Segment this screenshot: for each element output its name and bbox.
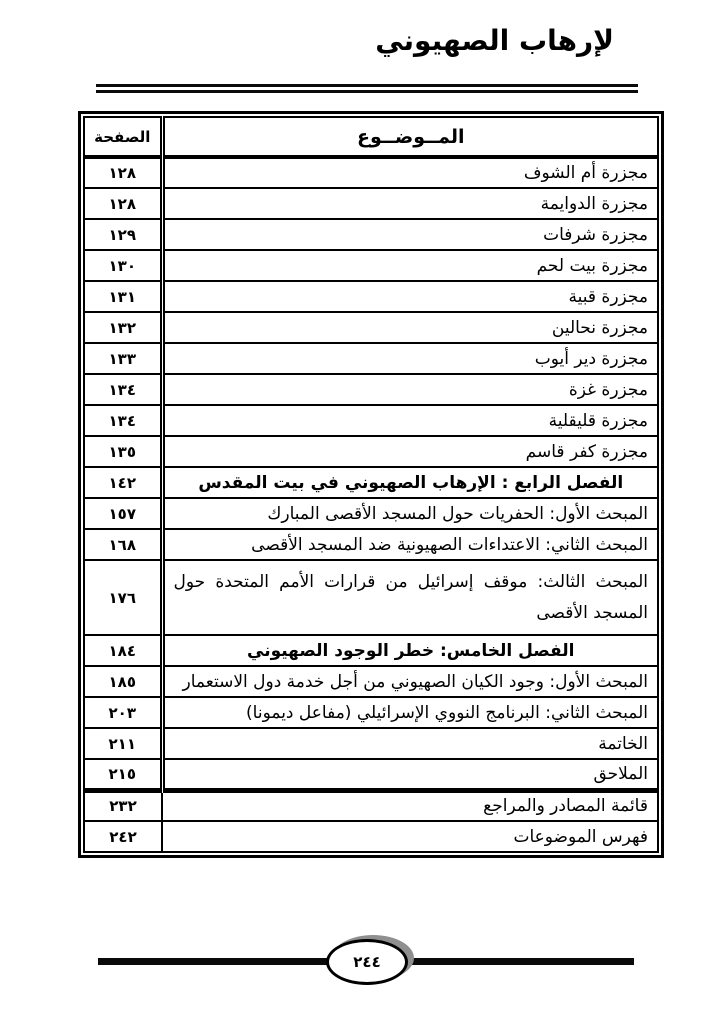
topic-cell: المبحث الأول: وجود الكيان الصهيوني من أج… — [162, 666, 658, 697]
topic-cell: الملاحق — [162, 759, 658, 790]
book-page: لإرهاب الصهيوني المــوضــوع الصفحة مجزرة… — [0, 0, 724, 1024]
page-number-cell: ١٦٨ — [84, 529, 162, 560]
toc-row: مجزرة شرفات ١٢٩ — [84, 219, 658, 250]
toc-row: مجزرة دير أيوب ١٣٣ — [84, 343, 658, 374]
toc-table-frame: المــوضــوع الصفحة مجزرة أم الشوف ١٢٨ مج… — [78, 111, 664, 858]
toc-row: مجزرة بيت لحم ١٣٠ — [84, 250, 658, 281]
page-number-cell: ١٢٨ — [84, 188, 162, 219]
toc-row: مجزرة قبية ١٣١ — [84, 281, 658, 312]
toc-table: المــوضــوع الصفحة مجزرة أم الشوف ١٢٨ مج… — [83, 116, 659, 853]
footer-page-number: ٢٤٤ — [353, 953, 380, 971]
running-head-title: لإرهاب الصهيوني — [375, 24, 614, 57]
toc-row: قائمة المصادر والمراجع ٢٣٢ — [84, 790, 658, 821]
topic-cell: مجزرة شرفات — [162, 219, 658, 250]
topic-cell: المبحث الثاني: الاعتداءات الصهيونية ضد ا… — [162, 529, 658, 560]
topic-cell: قائمة المصادر والمراجع — [162, 790, 658, 821]
page-number-cell: ٢١١ — [84, 728, 162, 759]
topic-cell: مجزرة قليقلية — [162, 405, 658, 436]
topic-cell: مجزرة قبية — [162, 281, 658, 312]
page-number-cell: ١٢٩ — [84, 219, 162, 250]
topic-cell: مجزرة نحالين — [162, 312, 658, 343]
topic-cell: مجزرة غزة — [162, 374, 658, 405]
topic-cell: الفصل الخامس: خطر الوجود الصهيوني — [162, 635, 658, 666]
page-number-cell: ١٨٤ — [84, 635, 162, 666]
topic-cell: الفصل الرابع : الإرهاب الصهيوني في بيت ا… — [162, 467, 658, 498]
toc-row: المبحث الثالث: موقف إسرائيل من قرارات ال… — [84, 560, 658, 635]
page-number-cell: ٢١٥ — [84, 759, 162, 790]
page-number-cell: ١٣٥ — [84, 436, 162, 467]
topic-cell: المبحث الثاني: البرنامج النووي الإسرائيل… — [162, 697, 658, 728]
footer-page-number-ornament: ٢٤٤ — [326, 939, 408, 985]
page-number-cell: ١٢٨ — [84, 157, 162, 188]
topic-cell: فهرس الموضوعات — [162, 821, 658, 852]
toc-row: مجزرة أم الشوف ١٢٨ — [84, 157, 658, 188]
page-number-cell: ١٣٢ — [84, 312, 162, 343]
topic-cell: مجزرة أم الشوف — [162, 157, 658, 188]
toc-row: المبحث الثاني: الاعتداءات الصهيونية ضد ا… — [84, 529, 658, 560]
page-number-cell: ١٤٢ — [84, 467, 162, 498]
toc-row-chapter: الفصل الرابع : الإرهاب الصهيوني في بيت ا… — [84, 467, 658, 498]
toc-row-chapter: الفصل الخامس: خطر الوجود الصهيوني ١٨٤ — [84, 635, 658, 666]
toc-header-row: المــوضــوع الصفحة — [84, 117, 658, 157]
toc-row: المبحث الأول: وجود الكيان الصهيوني من أج… — [84, 666, 658, 697]
page-number-cell: ١٣٣ — [84, 343, 162, 374]
page-number-cell: ١٣٤ — [84, 374, 162, 405]
toc-row: المبحث الثاني: البرنامج النووي الإسرائيل… — [84, 697, 658, 728]
toc-row: مجزرة الدوايمة ١٢٨ — [84, 188, 658, 219]
toc-row: مجزرة قليقلية ١٣٤ — [84, 405, 658, 436]
page-number-cell: ١٧٦ — [84, 560, 162, 635]
toc-row: المبحث الأول: الحفريات حول المسجد الأقصى… — [84, 498, 658, 529]
toc-row: مجزرة كفر قاسم ١٣٥ — [84, 436, 658, 467]
toc-row: فهرس الموضوعات ٢٤٢ — [84, 821, 658, 852]
topic-cell: الخاتمة — [162, 728, 658, 759]
topic-cell: المبحث الثالث: موقف إسرائيل من قرارات ال… — [162, 560, 658, 635]
page-column-header: الصفحة — [84, 117, 162, 157]
page-number-cell: ١٣٠ — [84, 250, 162, 281]
page-number-cell: ١٣١ — [84, 281, 162, 312]
page-number-cell: ٢٠٣ — [84, 697, 162, 728]
page-number-cell: ١٣٤ — [84, 405, 162, 436]
page-number-cell: ٢٣٢ — [84, 790, 162, 821]
header-double-rule — [96, 84, 638, 93]
topic-cell: مجزرة كفر قاسم — [162, 436, 658, 467]
toc-row: مجزرة غزة ١٣٤ — [84, 374, 658, 405]
toc-row: الخاتمة ٢١١ — [84, 728, 658, 759]
topic-cell: مجزرة الدوايمة — [162, 188, 658, 219]
toc-row: مجزرة نحالين ١٣٢ — [84, 312, 658, 343]
topic-cell: مجزرة دير أيوب — [162, 343, 658, 374]
page-number-cell: ١٥٧ — [84, 498, 162, 529]
toc-body-main: مجزرة أم الشوف ١٢٨ مجزرة الدوايمة ١٢٨ مج… — [84, 157, 658, 790]
toc-body-backmatter: قائمة المصادر والمراجع ٢٣٢ فهرس الموضوعا… — [84, 790, 658, 852]
page-number-cell: ١٨٥ — [84, 666, 162, 697]
toc-row: الملاحق ٢١٥ — [84, 759, 658, 790]
topic-cell: المبحث الأول: الحفريات حول المسجد الأقصى… — [162, 498, 658, 529]
topic-cell: مجزرة بيت لحم — [162, 250, 658, 281]
topic-column-header: المــوضــوع — [162, 117, 658, 157]
page-number-cell: ٢٤٢ — [84, 821, 162, 852]
